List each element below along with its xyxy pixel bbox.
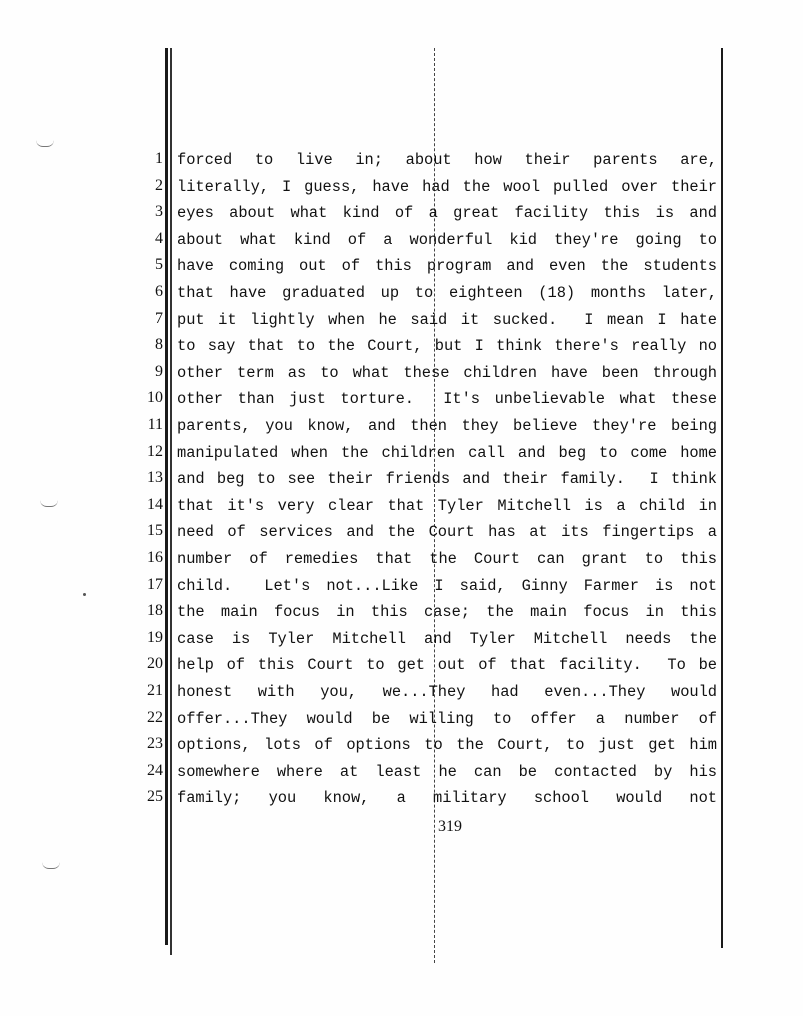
transcript-line: 20help of this Court to get out of that … — [0, 651, 803, 678]
transcript-line: 13and beg to see their friends and their… — [0, 465, 803, 492]
page-number: 319 — [438, 818, 462, 836]
line-text: eyes about what kind of a great facility… — [177, 204, 717, 222]
line-text: forced to live in; about how their paren… — [177, 151, 717, 169]
line-number: 4 — [123, 230, 163, 248]
line-number: 6 — [123, 283, 163, 301]
line-text: literally, I guess, have had the wool pu… — [177, 178, 717, 196]
line-text: parents, you know, and then they believe… — [177, 417, 717, 435]
line-text: need of services and the Court has at it… — [177, 523, 717, 541]
transcript-line: 14that it's very clear that Tyler Mitche… — [0, 492, 803, 519]
transcript-line: 25family; you know, a military school wo… — [0, 784, 803, 811]
transcript-line: 21honest with you, we...They had even...… — [0, 678, 803, 705]
line-text: and beg to see their friends and their f… — [177, 470, 717, 488]
line-number: 16 — [123, 549, 163, 567]
line-number: 23 — [123, 735, 163, 753]
line-number: 9 — [123, 363, 163, 381]
line-text: to say that to the Court, but I think th… — [177, 337, 717, 355]
line-text: about what kind of a wonderful kid they'… — [177, 231, 717, 249]
line-text: offer...They would be willing to offer a… — [177, 710, 717, 728]
line-number: 8 — [123, 336, 163, 354]
line-number: 15 — [123, 522, 163, 540]
line-number: 12 — [123, 443, 163, 461]
transcript-page: 1forced to live in; about how their pare… — [0, 0, 803, 1016]
transcript-line: 9other term as to what these children ha… — [0, 359, 803, 386]
line-text: number of remedies that the Court can gr… — [177, 550, 717, 568]
transcript-line: 12manipulated when the children call and… — [0, 439, 803, 466]
line-number: 19 — [123, 629, 163, 647]
line-number: 22 — [123, 709, 163, 727]
transcript-line: 17child. Let's not...Like I said, Ginny … — [0, 572, 803, 599]
line-number: 1 — [123, 150, 163, 168]
transcript-line: 1forced to live in; about how their pare… — [0, 146, 803, 173]
line-number: 3 — [123, 203, 163, 221]
line-number: 13 — [123, 469, 163, 487]
scan-mark — [42, 862, 60, 869]
transcript-line: 7put it lightly when he said it sucked. … — [0, 306, 803, 333]
line-number: 17 — [123, 576, 163, 594]
transcript-line: 23options, lots of options to the Court,… — [0, 731, 803, 758]
line-number: 24 — [123, 762, 163, 780]
transcript-line: 4about what kind of a wonderful kid they… — [0, 226, 803, 253]
line-text: have coming out of this program and even… — [177, 257, 717, 275]
line-number: 10 — [123, 389, 163, 407]
line-text: other term as to what these children hav… — [177, 364, 717, 382]
line-text: help of this Court to get out of that fa… — [177, 656, 717, 674]
line-number: 11 — [123, 416, 163, 434]
line-text: honest with you, we...They had even...Th… — [177, 683, 717, 701]
transcript-line: 6that have graduated up to eighteen (18)… — [0, 279, 803, 306]
line-text: the main focus in this case; the main fo… — [177, 603, 717, 621]
transcript-line: 16number of remedies that the Court can … — [0, 545, 803, 572]
transcript-line: 11parents, you know, and then they belie… — [0, 412, 803, 439]
transcript-line: 3eyes about what kind of a great facilit… — [0, 199, 803, 226]
line-text: case is Tyler Mitchell and Tyler Mitchel… — [177, 630, 717, 648]
transcript-line: 5have coming out of this program and eve… — [0, 252, 803, 279]
line-number: 20 — [123, 655, 163, 673]
line-number: 7 — [123, 310, 163, 328]
line-text: family; you know, a military school woul… — [177, 789, 717, 807]
line-number: 14 — [123, 496, 163, 514]
line-number: 5 — [123, 256, 163, 274]
line-number: 25 — [123, 788, 163, 806]
line-number: 2 — [123, 177, 163, 195]
transcript-line: 18the main focus in this case; the main … — [0, 598, 803, 625]
transcript-line: 2literally, I guess, have had the wool p… — [0, 173, 803, 200]
line-text: child. Let's not...Like I said, Ginny Fa… — [177, 577, 717, 595]
line-number: 18 — [123, 602, 163, 620]
line-text: options, lots of options to the Court, t… — [177, 736, 717, 754]
line-text: that have graduated up to eighteen (18) … — [177, 284, 717, 302]
line-text: put it lightly when he said it sucked. I… — [177, 311, 717, 329]
line-text: other than just torture. It's unbelievab… — [177, 390, 717, 408]
transcript-line: 8to say that to the Court, but I think t… — [0, 332, 803, 359]
transcript-line: 19case is Tyler Mitchell and Tyler Mitch… — [0, 625, 803, 652]
transcript-line: 15need of services and the Court has at … — [0, 518, 803, 545]
line-text: manipulated when the children call and b… — [177, 444, 717, 462]
transcript-line: 22offer...They would be willing to offer… — [0, 705, 803, 732]
transcript-line: 24somewhere where at least he can be con… — [0, 758, 803, 785]
line-number: 21 — [123, 682, 163, 700]
line-text: that it's very clear that Tyler Mitchell… — [177, 497, 717, 515]
transcript-line: 10other than just torture. It's unbeliev… — [0, 385, 803, 412]
line-text: somewhere where at least he can be conta… — [177, 763, 717, 781]
